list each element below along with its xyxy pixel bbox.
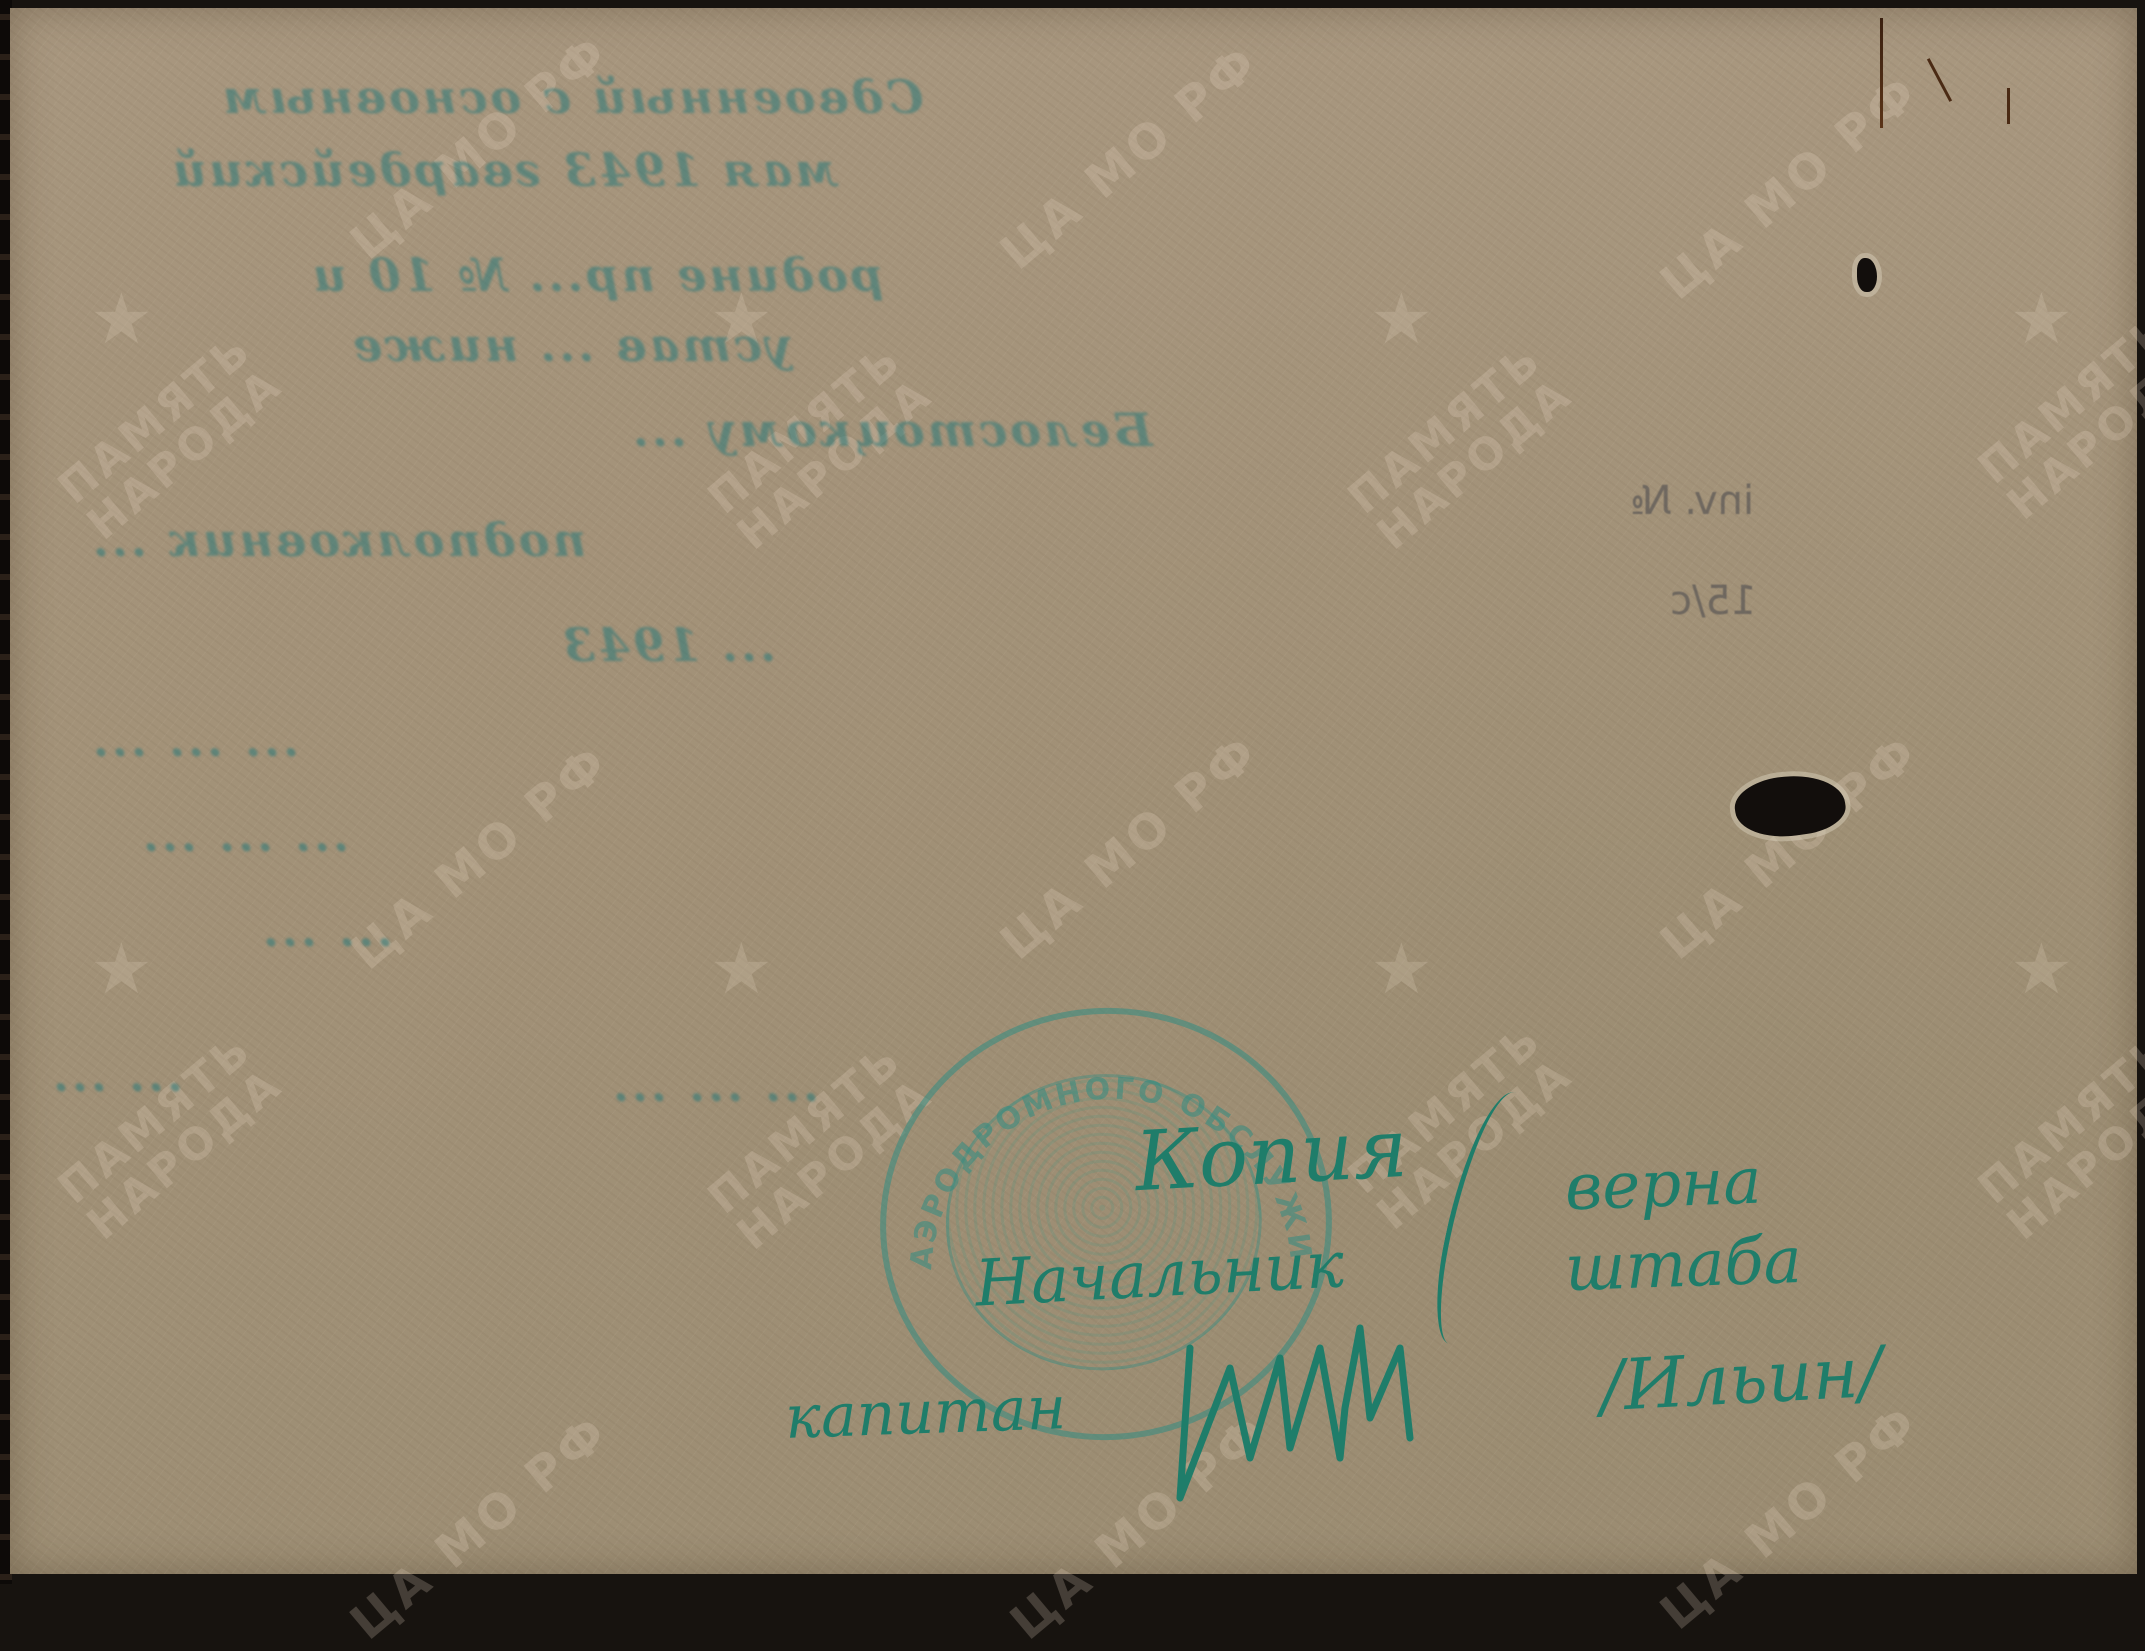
paper-hole <box>1731 769 1848 844</box>
pencil-note: 15/c <box>1670 578 1756 624</box>
watermark-star-icon: ★ <box>1370 928 1433 1010</box>
rank-label: капитан <box>784 1373 1067 1453</box>
bleed-text-line: ... ... ... <box>90 713 299 767</box>
bleed-text-line: ... ... ... <box>140 808 349 862</box>
watermark-star-icon: ★ <box>2010 278 2073 360</box>
signatory-name: /Ильин/ <box>1598 1331 1884 1428</box>
bleed-text-line: подполковник ... <box>90 513 586 567</box>
copy-label: Копия <box>1133 1101 1410 1210</box>
watermark-pamyat-naroda: ПАМЯТЬНАРОДА <box>1970 305 2145 528</box>
paper-tear <box>1880 18 1883 128</box>
watermark-star-icon: ★ <box>1370 278 1433 360</box>
document-page: ПАМЯТЬНАРОДА ПАМЯТЬНАРОДА ПАМЯТЬНАРОДА П… <box>10 8 2137 1574</box>
watermark-pamyat-naroda: ПАМЯТЬНАРОДА <box>1340 335 1581 558</box>
paper-tear <box>2007 88 2010 124</box>
watermark-camo: ЦА МО РФ <box>1650 723 1930 971</box>
pencil-note: inv. № <box>1630 478 1754 524</box>
staff-label: штаба <box>1564 1224 1803 1306</box>
paper-tear <box>1927 58 1952 102</box>
paper-hole <box>1857 258 1877 292</box>
watermark-camo: ЦА МО РФ <box>1650 63 1930 311</box>
watermark-camo: ЦА МО РФ <box>990 33 1270 281</box>
bleed-text-line: ... ... <box>50 1048 183 1102</box>
watermark-pamyat-naroda: ПАМЯТЬНАРОДА <box>1970 1025 2145 1248</box>
bleed-text-line: мая 1943 гвардейский <box>170 143 839 197</box>
watermark-camo: ЦА МО РФ <box>340 1403 620 1584</box>
watermark-star-icon: ★ <box>90 928 153 1010</box>
bleed-text-line: ... ... <box>260 903 393 957</box>
bleed-text-line: устав ... ниже <box>350 318 793 372</box>
watermark-camo: ЦА МО РФ <box>990 723 1270 971</box>
verified-label: верна <box>1564 1145 1763 1226</box>
bleed-text-line: Сдвоенный с основным <box>220 70 923 124</box>
bleed-text-line: ... 1943 <box>560 618 776 672</box>
bleed-text-line: родине пр... № 10 и <box>310 248 883 302</box>
bleed-text-line: ... ... ... <box>610 1058 819 1112</box>
watermark-star-icon: ★ <box>710 928 773 1010</box>
watermark-star-icon: ★ <box>90 278 153 360</box>
bleed-text-line: Белостоцкому ... <box>630 403 1152 457</box>
signature <box>1170 1308 1480 1508</box>
watermark-star-icon: ★ <box>2010 928 2073 1010</box>
